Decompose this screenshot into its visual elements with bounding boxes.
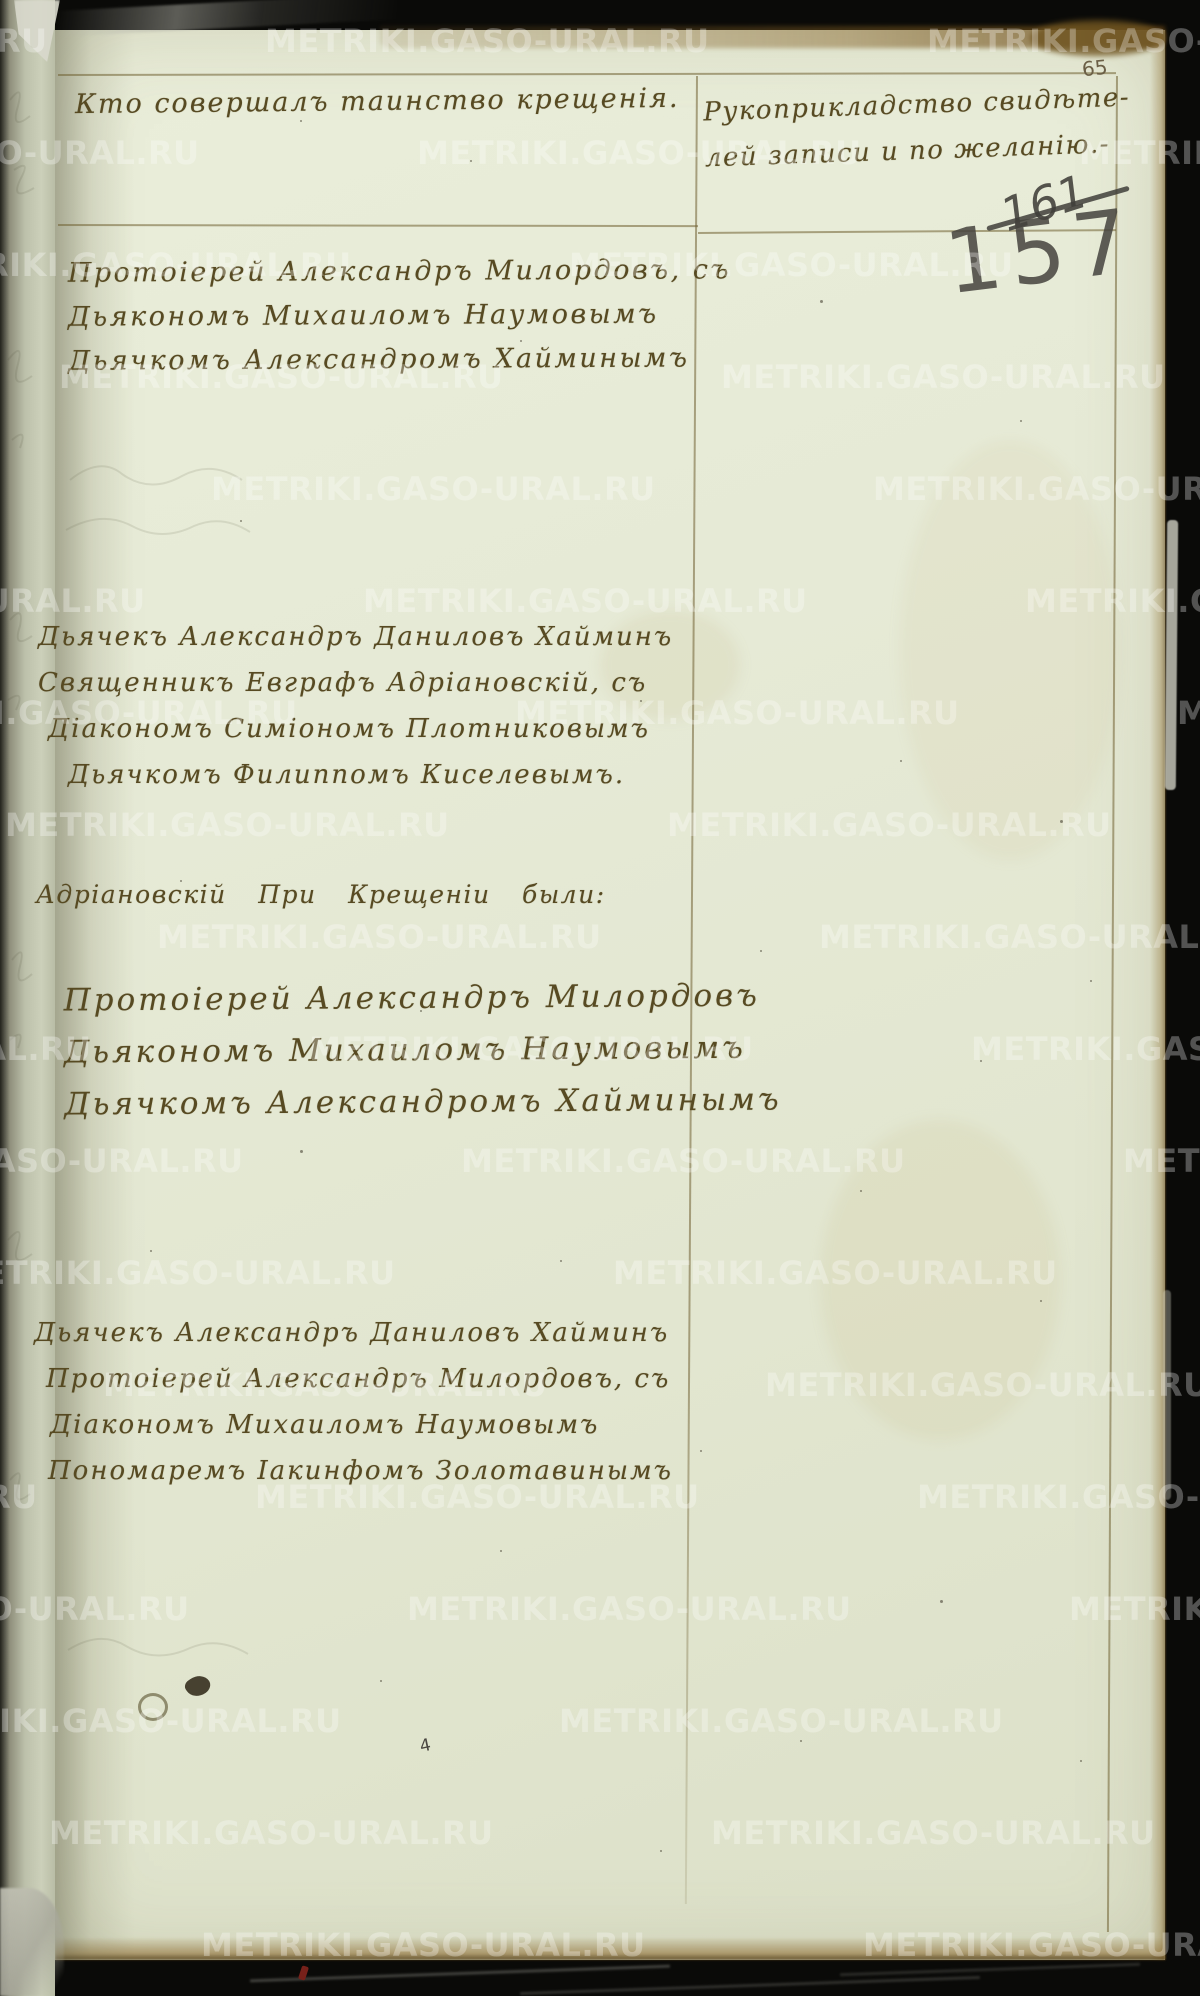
paper-speck xyxy=(560,1260,562,1262)
entry-line: Дьякономъ Михаиломъ Наумовымъ xyxy=(68,292,731,339)
page-stack-edge xyxy=(250,1965,670,1983)
paper-speck xyxy=(900,760,902,762)
column-header-left: Кто совершалъ таинство крещенія. xyxy=(75,83,680,120)
clergy-entry-2: Дьячекъ Александръ Даниловъ Хайминъ Свящ… xyxy=(38,614,673,798)
paper-speck xyxy=(380,1680,382,1682)
paper-speck xyxy=(420,1010,422,1012)
paper-speck xyxy=(300,1150,303,1153)
bleed-through-text xyxy=(0,60,60,1860)
entry-line: Дьячкомъ Филиппомъ Киселевымъ. xyxy=(68,752,673,798)
paper-speck xyxy=(1080,1760,1082,1762)
clergy-entry-1: Протоіерей Александръ Милордовъ, съ Дьяк… xyxy=(68,248,732,383)
entry-line: Пономаремъ Іакинфомъ Золотавинымъ xyxy=(48,1448,673,1494)
paper-speck xyxy=(520,340,522,342)
paper-speck xyxy=(1020,420,1022,422)
entry-line: Дьякономъ Михаиломъ Наумовымъ xyxy=(64,1021,782,1078)
paper-speck xyxy=(980,1060,982,1062)
paper-stain xyxy=(820,1120,1060,1440)
paper-speck xyxy=(470,160,472,162)
entry-line: Священникъ Евграфъ Адріановскій, съ xyxy=(38,660,673,706)
top-corner-stain xyxy=(1030,20,1165,56)
entry-line: Протоіерей Александръ Милордовъ, съ xyxy=(68,248,731,295)
clergy-entry-3: Протоіерей Александръ Милордовъ Дьяконом… xyxy=(63,969,781,1130)
sheet-corner-number: 65 xyxy=(1081,55,1109,82)
entry-line: Дьячекъ Александръ Даниловъ Хайминъ xyxy=(38,614,673,660)
paper-speck xyxy=(660,1850,662,1852)
bleed-through-text xyxy=(60,440,280,580)
entry-line: Діакономъ Михаиломъ Наумовымъ xyxy=(50,1402,673,1448)
paper-stain xyxy=(900,440,1120,860)
document-scan-photo: { "watermark": { "text": "METRIKI.GASO-U… xyxy=(0,0,1200,1996)
paper-speck xyxy=(860,1190,862,1192)
paper-speck xyxy=(1060,820,1063,823)
entry-line: Дьячкомъ Александромъ Хайминымъ xyxy=(64,1073,782,1130)
paper-speck xyxy=(820,300,823,303)
paper-speck xyxy=(150,1250,152,1252)
bleed-through-text xyxy=(60,1620,260,1700)
entry-line: Протоіерей Александръ Милордовъ xyxy=(63,969,781,1026)
paper-speck xyxy=(940,1600,943,1603)
watermark-text: METRIKI.GASO-URAL.RU xyxy=(1177,694,1200,732)
underlying-page-edge xyxy=(1165,520,1178,790)
paper-speck xyxy=(1040,1300,1042,1302)
paper-speck xyxy=(90,640,92,642)
entry-line: Протоіерей Александръ Милордовъ, съ xyxy=(46,1356,673,1402)
paper-speck xyxy=(240,520,242,522)
paper-speck xyxy=(800,1740,802,1742)
page-right-edge xyxy=(1150,30,1166,1960)
page-bottom-edge xyxy=(55,1938,1165,1960)
underlying-page-edge xyxy=(1163,1290,1171,1500)
page-stack-edge xyxy=(520,1976,980,1995)
paper-speck xyxy=(700,1450,702,1452)
paper-speck xyxy=(200,1380,202,1382)
attestation-line: Адріановскій При Крещеніи были: xyxy=(36,880,606,909)
paper-speck xyxy=(500,1550,502,1552)
entry-line: Дьячекъ Александръ Даниловъ Хайминъ xyxy=(34,1310,673,1356)
paper-speck xyxy=(180,880,182,882)
clergy-entry-4: Дьячекъ Александръ Даниловъ Хайминъ Прот… xyxy=(34,1310,673,1494)
paper-speck xyxy=(640,700,642,702)
paper-speck xyxy=(760,950,762,952)
entry-line: Дьячкомъ Александромъ Хайминымъ xyxy=(68,336,731,383)
column-header-right: Рукоприкладство свидѣте- лей записи и по… xyxy=(703,75,1133,182)
page-stack-edge xyxy=(840,1963,1140,1976)
paper-speck xyxy=(1090,980,1092,982)
entry-line: Діакономъ Симіономъ Плотниковымъ xyxy=(48,706,673,752)
paper-speck xyxy=(300,120,302,122)
